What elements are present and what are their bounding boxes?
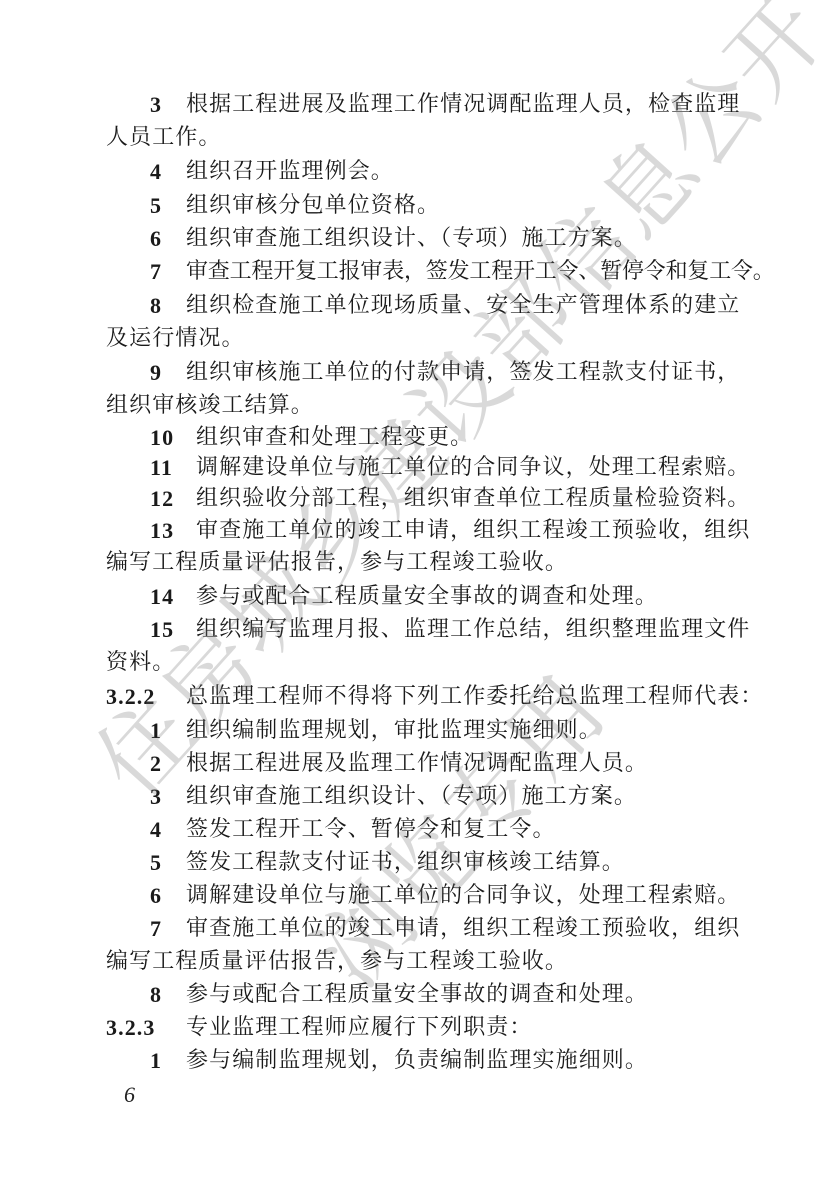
item-text: 资料。 [106, 647, 175, 679]
item-text: 组织编写监理月报、监理工作总结，组织整理监理文件 [196, 614, 750, 646]
item-number: 2 [150, 748, 162, 780]
item-number: 8 [150, 290, 162, 322]
document-page: 3 根据工程进展及监理工作情况调配监理人员，检查监理 人员工作。 4 组织召开监… [0, 0, 828, 1198]
section-number: 3.2.2 [106, 681, 156, 713]
item-text: 组织审核分包单位资格。 [186, 190, 440, 222]
item-text: 及运行情况。 [106, 323, 245, 355]
item-number: 13 [150, 515, 174, 547]
item-text: 组织召开监理例会。 [186, 156, 394, 188]
item-number: 3 [150, 89, 162, 121]
item-text: 组织审核施工单位的付款申请，签发工程款支付证书， [186, 357, 740, 389]
page-number: 6 [124, 1082, 135, 1108]
item-text: 组织审查施工组织设计、（专项）施工方案。 [186, 781, 637, 813]
item-number: 7 [150, 256, 162, 288]
item-text: 参与编制监理规划，负责编制监理实施细则。 [186, 1045, 648, 1077]
item-number: 11 [150, 452, 173, 484]
item-text: 签发工程款支付证书，组织审核竣工结算。 [186, 847, 625, 879]
section-number: 3.2.3 [106, 1012, 156, 1044]
item-text: 签发工程开工令、暂停令和复工令。 [186, 814, 556, 846]
item-number: 6 [150, 880, 162, 912]
item-number: 9 [150, 357, 162, 389]
item-number: 3 [150, 781, 162, 813]
item-text: 参与或配合工程质量安全事故的调查和处理。 [186, 979, 648, 1011]
item-text: 调解建设单位与施工单位的合同争议，处理工程索赔。 [196, 452, 750, 484]
item-text: 根据工程进展及监理工作情况调配监理人员。 [186, 748, 648, 780]
item-text: 组织验收分部工程，组织审查单位工程质量检验资料。 [196, 483, 750, 515]
item-number: 5 [150, 190, 162, 222]
item-text: 审查施工单位的竣工申请，组织工程竣工预验收，组织 [186, 913, 740, 945]
section-title: 总监理工程师不得将下列工作委托给总监理工程师代表： [186, 681, 764, 713]
item-number: 7 [150, 913, 162, 945]
item-number: 6 [150, 223, 162, 255]
item-number: 4 [150, 156, 162, 188]
item-text: 组织审查施工组织设计、（专项）施工方案。 [186, 223, 637, 255]
item-text: 组织审查和处理工程变更。 [196, 422, 473, 454]
item-text: 人员工作。 [106, 122, 222, 154]
item-number: 15 [150, 614, 174, 646]
item-text: 审查施工单位的竣工申请，组织工程竣工预验收，组织 [196, 515, 750, 547]
item-text: 编写工程质量评估报告，参与工程竣工验收。 [106, 547, 568, 579]
item-number: 1 [150, 1045, 162, 1077]
item-text: 调解建设单位与施工单位的合同争议，处理工程索赔。 [186, 880, 740, 912]
item-text: 参与或配合工程质量安全事故的调查和处理。 [196, 581, 658, 613]
item-text: 组织编制监理规划，审批监理实施细则。 [186, 715, 602, 747]
item-number: 1 [150, 715, 162, 747]
item-number: 14 [150, 581, 174, 613]
item-text: 编写工程质量评估报告，参与工程竣工验收。 [106, 946, 568, 978]
item-number: 8 [150, 979, 162, 1011]
item-text: 根据工程进展及监理工作情况调配监理人员，检查监理 [186, 89, 740, 121]
item-text: 组织检查施工单位现场质量、安全生产管理体系的建立 [186, 290, 740, 322]
item-number: 4 [150, 814, 162, 846]
item-text: 组织审核竣工结算。 [106, 390, 314, 422]
item-number: 5 [150, 847, 162, 879]
item-text: 审查工程开复工报审表，签发工程开工令、暂停令和复工令。 [186, 256, 775, 288]
item-number: 12 [150, 483, 174, 515]
section-title: 专业监理工程师应履行下列职责： [186, 1012, 533, 1044]
item-number: 10 [150, 422, 174, 454]
